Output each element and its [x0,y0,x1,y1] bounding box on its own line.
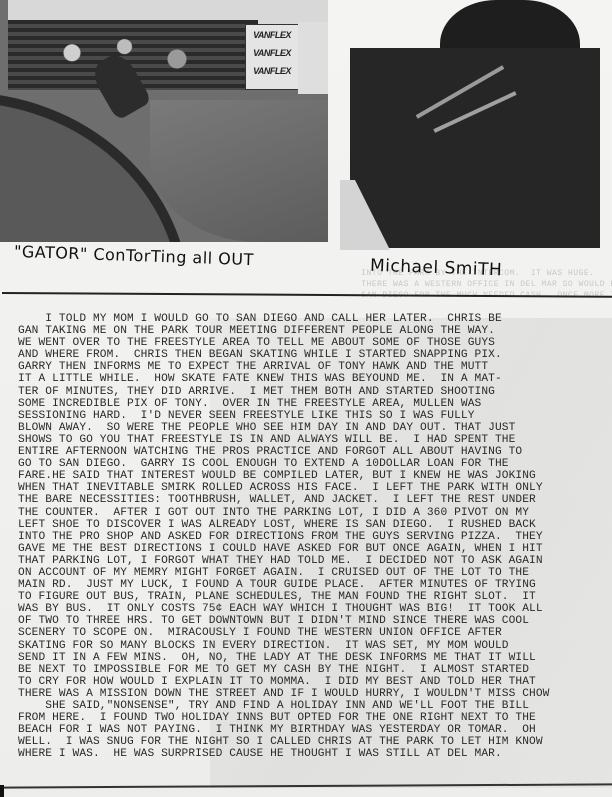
article-line: THE COUNTER. AFTER I GOT OUT INTO THE PA… [18,507,608,519]
article-line: SEND IT IN A FEW MINS. OH, NO, THE LADY … [18,652,608,664]
article-line: WHEN THAT INEVITABLE SMIRK ROLLED ACROSS… [18,482,608,494]
article-line: SHE SAID,"NONSENSE", TRY AND FIND A HOLI… [18,700,608,712]
article-line: OF TWO TO THREE HRS. TO GET DOWNTOWN BUT… [18,615,608,627]
article-line: BEACH FOR I WAS NOT PAYING. I THINK MY B… [18,724,608,736]
article-line: FROM HERE. I FOUND TWO HOLIDAY INNS BUT … [18,712,608,724]
article-line: GO TO SAN DIEGO. GARRY IS COOL ENOUGH TO… [18,458,608,470]
article-line: WELL. I WAS SNUG FOR THE NIGHT SO I CALL… [18,736,608,748]
article-line: SHOWS TO GO YOU THAT FREESTYLE IS IN AND… [18,434,608,446]
article-line: SCENERY TO SCOPE ON. MIRACOUSLY I FOUND … [18,627,608,639]
article-line: ENTIRE AFTERNOON WATCHING THE PROS PRACT… [18,446,608,458]
article-line: FARE.HE SAID THAT INTEREST WOULD BE COMP… [18,470,608,482]
article-line: GAN TAKING ME ON THE PARK TOUR MEETING D… [18,325,608,337]
zine-page: VANFLEX VANFLEX VANFLEX INTO THE PARK BY… [0,0,612,797]
photo-banner-logo [298,22,328,94]
article-line: GARRY THEN INFORMS ME TO EXPECT THE ARRI… [18,361,608,373]
photo-banner: VANFLEX VANFLEX VANFLEX [245,24,299,90]
article-line: TER OF MINUTES, THEY DID ARRIVE. I MET T… [18,386,608,398]
article-line: WHERE I WAS. HE WAS SURPRISED CAUSE HE T… [18,748,608,760]
photo-dark-mass [350,48,600,248]
article-line: SKATING FOR SO MANY BLOCKS IN EVERY DIRE… [18,640,608,652]
article-line: WE WENT OVER TO THE FREESTYLE AREA TO TE… [18,337,608,349]
article-line: BE NEXT TO IMPOSSIBLE FOR ME TO GET MY C… [18,664,608,676]
article-line: THE BARE NECESSITIES: TOOTHBRUSH, WALLET… [18,494,608,506]
banner-text: VANFLEX [246,63,298,79]
article-line: INTO THE PRO SHOP AND ASKED FOR DIRECTIO… [18,531,608,543]
article-line: GAVE ME THE BEST DIRECTIONS I COULD HAVE… [18,543,608,555]
article-line: BLOWN AWAY. SO WERE THE PEOPLE WHO SEE H… [18,422,608,434]
article-line: TO FIGURE OUT BUS, TRAIN, PLANE SCHEDULE… [18,591,608,603]
article-line: I TOLD MY MOM I WOULD GO TO SAN DIEGO AN… [18,313,608,325]
photo-skater-bowl: VANFLEX VANFLEX VANFLEX [0,0,328,242]
article-line: ON ACCOUNT OF MY MEMRY MIGHT FORGET AGAI… [18,567,608,579]
crop-mark [0,785,4,797]
article-line: AND WHERE FROM. CHRIS THEN BEGAN SKATING… [18,349,608,361]
banner-text: VANFLEX [246,45,298,61]
article-body: I TOLD MY MOM I WOULD GO TO SAN DIEGO AN… [18,313,608,760]
article-line: IT A LITTLE WHILE. HOW SKATE FATE KNEW T… [18,373,608,385]
article-line: TO CRY FOR HOW WOULD I EXPLAIN IT TO MOM… [18,676,608,688]
article-line: THAT PARKING LOT, I FORGOT WHAT THEY HAD… [18,555,608,567]
article-line: SOME INCREDIBLE PIX OF TONY. OVER IN THE… [18,398,608,410]
ghost-line: THERE WAS A WESTERN OFFICE IN DEL MAR SO… [361,280,612,289]
article-line: WAS BY BUS. IT ONLY COSTS 75¢ EACH WAY W… [18,603,608,615]
article-line: THERE WAS A MISSION DOWN THE STREET AND … [18,688,608,700]
banner-text: VANFLEX [246,27,298,43]
article-line: MAIN RD. JUST MY LUCK, I FOUND A TOUR GU… [18,579,608,591]
photo-bowl-deck [150,100,328,242]
photo-caption: "GATOR" ConTorTing all OUT [14,242,254,269]
photo-dark-skate [340,0,602,250]
article-line: LEFT SHOE TO DISCOVER I WAS ALREADY LOST… [18,519,608,531]
article-line: SESSIONING HARD. I'D NEVER SEEN FREESTYL… [18,410,608,422]
